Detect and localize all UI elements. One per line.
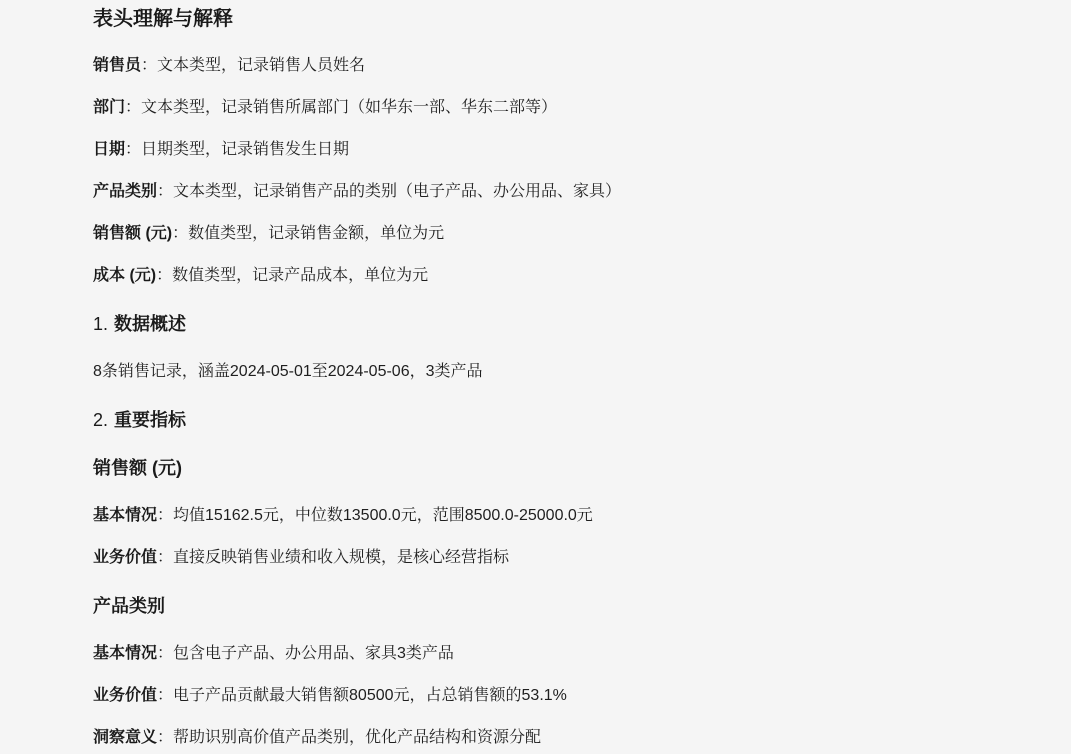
section-heading-data-overview: 1.数据概述 [93,310,1031,338]
section-title: 重要指标 [114,410,186,430]
section-number: 1. [93,314,108,334]
field-label-product-category: 产品类别 [93,183,157,200]
colon: ： [157,183,173,200]
field-label-cost: 成本 (元) [93,267,156,284]
colon: ： [125,99,141,116]
field-line-salesperson: 销售员：文本类型，记录销售人员姓名 [93,52,1031,80]
field-label-date: 日期 [93,141,125,158]
metric-line-basic-info: 基本情况：均值15162.5元，中位数13500.0元，范围8500.0-250… [93,502,1031,530]
field-label-department: 部门 [93,99,125,116]
field-desc-sales-amount: 数值类型，记录销售金额，单位为元 [188,225,444,242]
colon: ： [125,141,141,158]
metric-text-basic-info: 均值15162.5元，中位数13500.0元，范围8500.0-25000.0元 [173,507,593,524]
colon: ： [157,729,173,746]
section-heading-key-metrics: 2.重要指标 [93,406,1031,434]
field-line-cost: 成本 (元)：数值类型，记录产品成本，单位为元 [93,262,1031,290]
colon: ： [157,645,173,662]
metric-label-insight: 洞察意义 [93,729,157,746]
metric-label-basic-info: 基本情况 [93,507,157,524]
field-label-sales-amount: 销售额 (元) [93,225,172,242]
section-number: 2. [93,410,108,430]
field-label-salesperson: 销售员 [93,57,141,74]
colon: ： [157,507,173,524]
field-line-sales-amount: 销售额 (元)：数值类型，记录销售金额，单位为元 [93,220,1031,248]
field-desc-salesperson: 文本类型，记录销售人员姓名 [157,57,365,74]
metric-text-business-value: 直接反映销售业绩和收入规模，是核心经营指标 [173,549,509,566]
colon: ： [141,57,157,74]
field-line-department: 部门：文本类型，记录销售所属部门（如华东一部、华东二部等） [93,94,1031,122]
field-desc-department: 文本类型，记录销售所属部门（如华东一部、华东二部等） [141,99,557,116]
metric-line-basic-info: 基本情况：包含电子产品、办公用品、家具3类产品 [93,640,1031,668]
metric-line-business-value: 业务价值：直接反映销售业绩和收入规模，是核心经营指标 [93,544,1031,572]
metric-text-insight: 帮助识别高价值产品类别，优化产品结构和资源分配 [173,729,541,746]
field-desc-cost: 数值类型，记录产品成本，单位为元 [172,267,428,284]
metric-heading-product-category: 产品类别 [93,592,1031,620]
field-line-date: 日期：日期类型，记录销售发生日期 [93,136,1031,164]
metric-label-business-value: 业务价值 [93,687,157,704]
field-line-product-category: 产品类别：文本类型，记录销售产品的类别（电子产品、办公用品、家具） [93,178,1031,206]
document-title: 表头理解与解释 [93,4,1031,34]
field-desc-date: 日期类型，记录销售发生日期 [141,141,349,158]
colon: ： [172,225,188,242]
colon: ： [156,267,172,284]
colon: ： [157,549,173,566]
metric-line-insight: 洞察意义：帮助识别高价值产品类别，优化产品结构和资源分配 [93,724,1031,752]
metric-text-basic-info: 包含电子产品、办公用品、家具3类产品 [173,645,454,662]
colon: ： [157,687,173,704]
metric-line-business-value: 业务价值：电子产品贡献最大销售额80500元，占总销售额的53.1% [93,682,1031,710]
data-overview-text: 8条销售记录，涵盖2024-05-01至2024-05-06，3类产品 [93,358,1031,386]
metric-label-business-value: 业务价值 [93,549,157,566]
metric-text-business-value: 电子产品贡献最大销售额80500元，占总销售额的53.1% [173,687,567,704]
section-title: 数据概述 [114,314,186,334]
metric-heading-sales-amount: 销售额 (元) [93,454,1031,482]
metric-label-basic-info: 基本情况 [93,645,157,662]
field-desc-product-category: 文本类型，记录销售产品的类别（电子产品、办公用品、家具） [173,183,621,200]
report-document: 表头理解与解释 销售员：文本类型，记录销售人员姓名 部门：文本类型，记录销售所属… [0,0,1071,754]
